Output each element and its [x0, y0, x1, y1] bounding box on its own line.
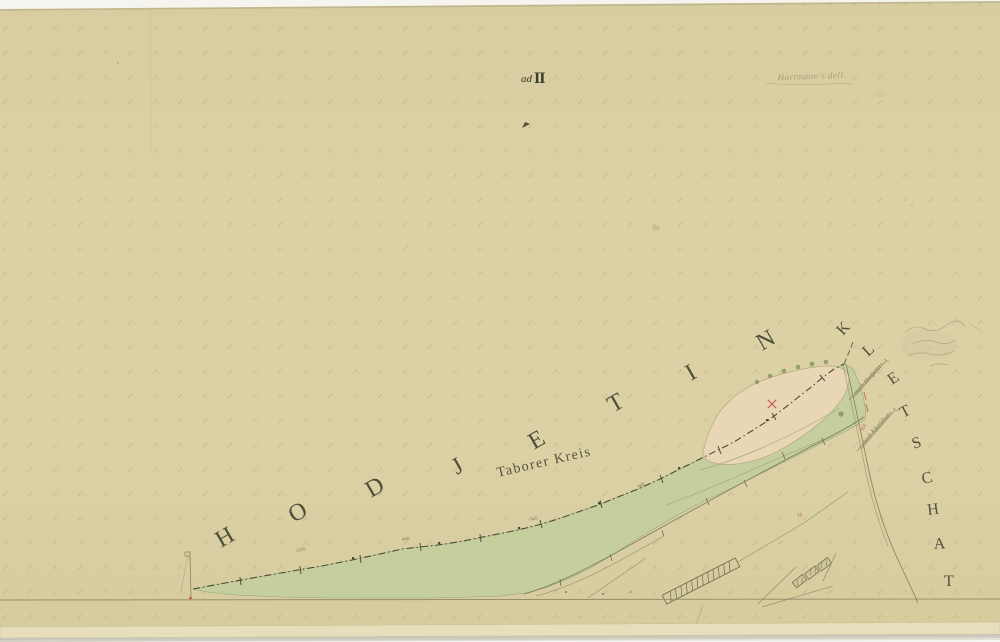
survey-mark-red-dot	[189, 597, 192, 600]
territory-letter: A	[933, 535, 946, 553]
sheet-label: ad II	[521, 70, 545, 87]
stain	[873, 89, 887, 97]
map-canvas: 762 19 1105 446 445 449 ad II Hartmann's…	[0, 0, 1000, 642]
speck	[630, 591, 632, 593]
speck	[565, 591, 567, 593]
speck	[407, 245, 408, 246]
red-parcel-number: 19	[797, 512, 803, 519]
speck	[117, 62, 119, 64]
map-sheet-scan: 762 19 1105 446 445 449 ad II Hartmann's…	[0, 0, 1000, 642]
sheet-label-numeral: II	[534, 70, 545, 87]
stain	[652, 225, 660, 231]
territory-letter: T	[944, 573, 954, 590]
pencil-smudge	[900, 329, 956, 361]
sheet-label-prefix: ad	[521, 73, 533, 85]
speck	[602, 593, 604, 595]
speck	[911, 204, 913, 206]
